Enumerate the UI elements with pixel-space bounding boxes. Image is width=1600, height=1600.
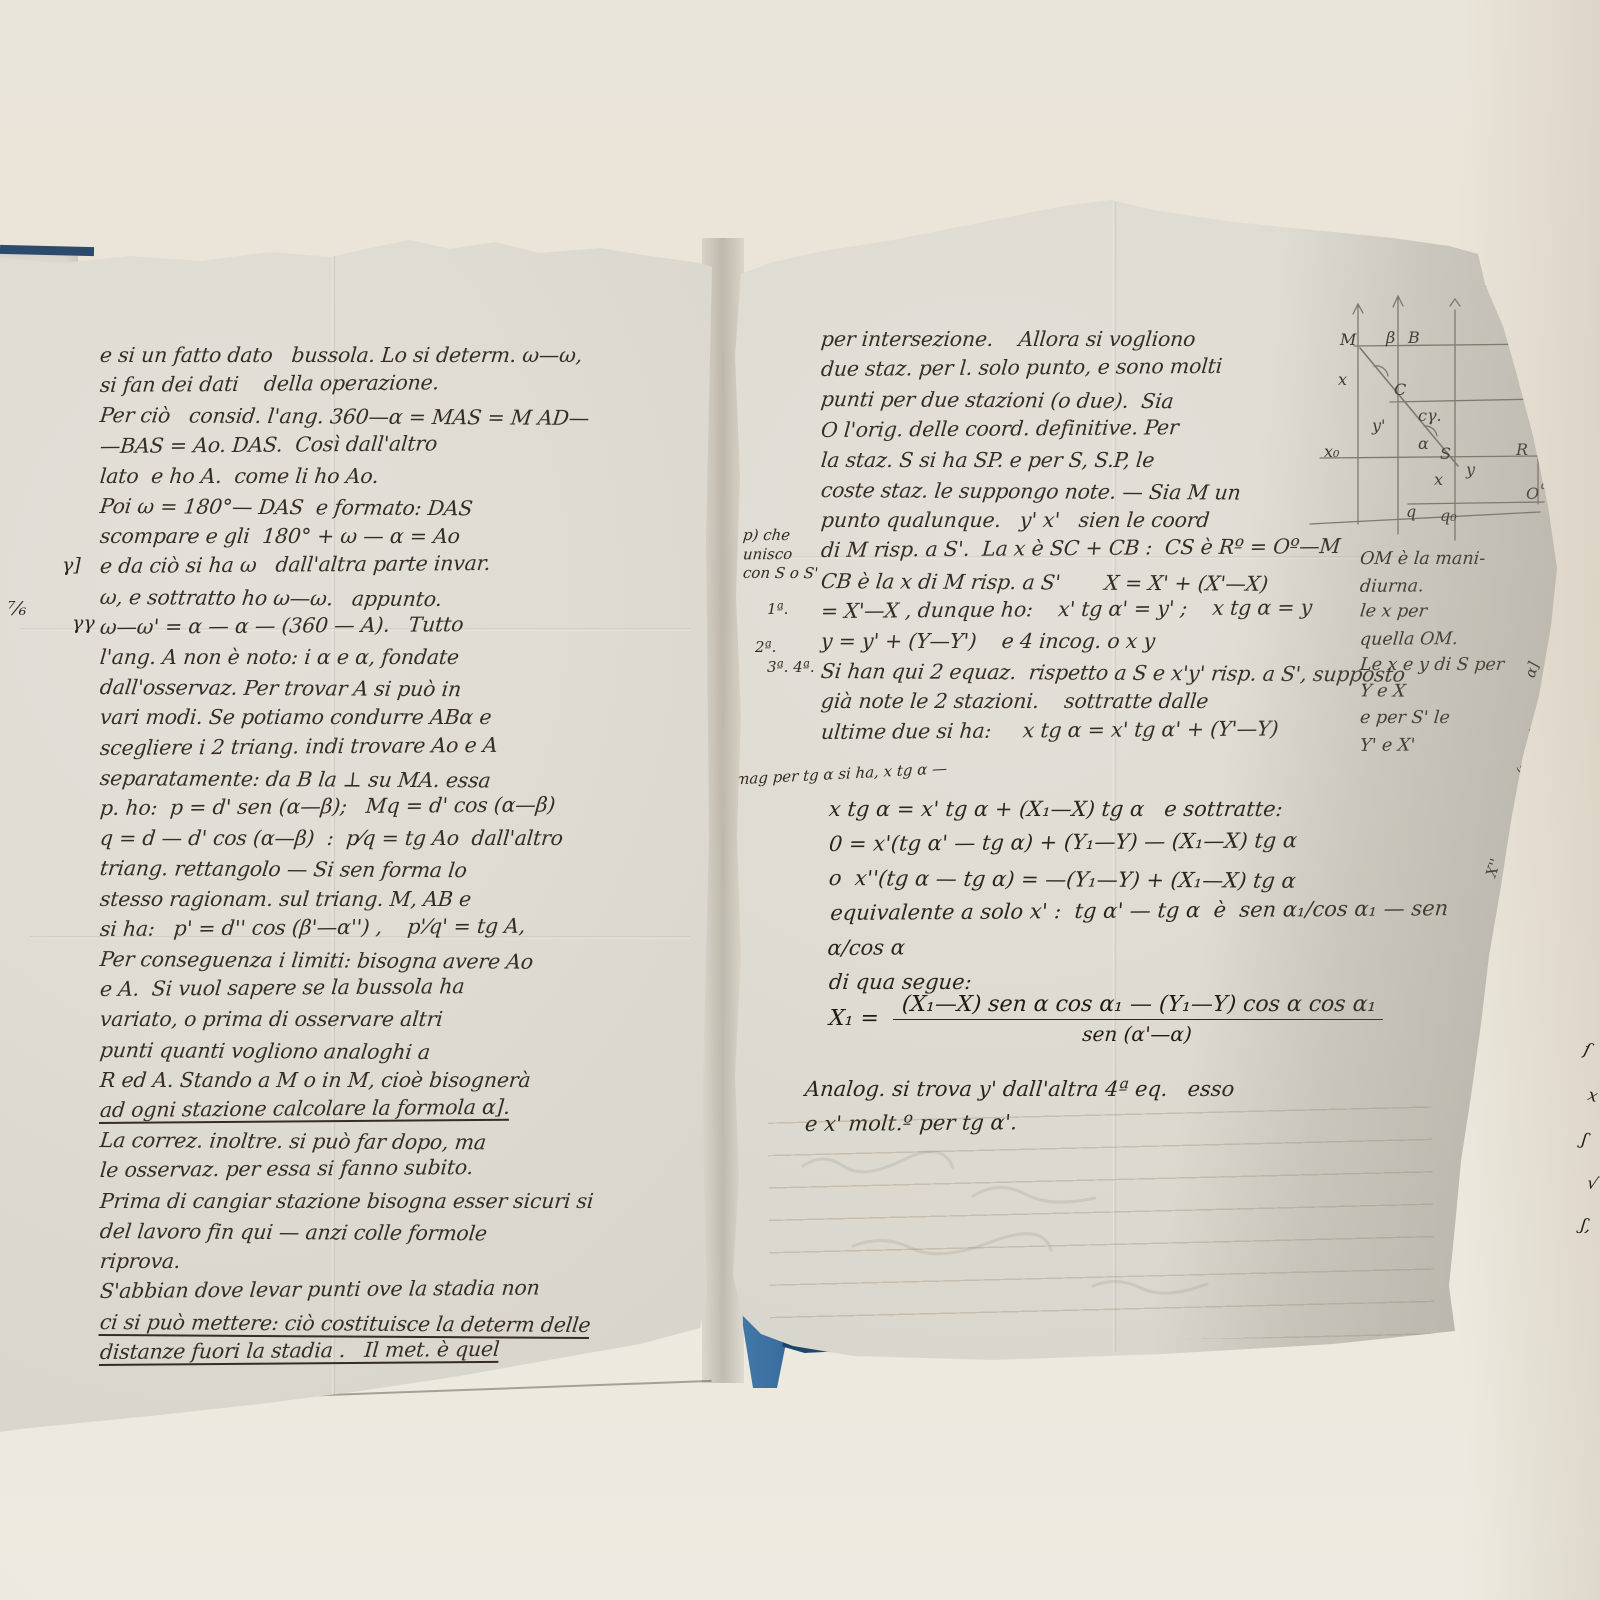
formula-line: 0 = x'(tg α' — tg α) + (Y₁—Y) — (X₁—X) t…: [828, 821, 1491, 861]
sketch-label: O: [1526, 484, 1539, 503]
side-note: mag per tg α si ha, x tg α —: [735, 754, 1056, 789]
formula-line: equivalente a solo x' : tg α' — tg α è s…: [826, 890, 1492, 964]
handwritten-line: lato e ho A. come li ho Ao.: [99, 461, 708, 491]
handwritten-line: e da ciò si ha ω dall'altra parte invar.: [99, 547, 708, 582]
sketch-label: x: [1338, 370, 1347, 389]
margin-mark: γ]: [62, 554, 81, 576]
margin-mark: ⁷⁄₆: [8, 598, 26, 620]
faint-ruled-lines: [768, 1085, 1435, 1344]
sketch-label: M: [1340, 330, 1356, 349]
sketch-label: x: [1434, 470, 1443, 489]
margin-note-line: unisco: [742, 545, 828, 565]
margin-note-line: con S o S': [742, 564, 828, 584]
handwritten-line: Poi ω = 180°— DAS e formato: DAS: [98, 491, 707, 525]
sketch-label: B: [1408, 328, 1420, 347]
handwritten-line: q = d — d' cos (α—β) : p⁄q = tg Ao dall'…: [99, 823, 708, 853]
fraction-numerator: (X₁—X) sen α cos α₁ — (Y₁—Y) cos α cos α…: [893, 992, 1385, 1020]
handwritten-line: e A. Si vuol sapere se la bussola ha: [99, 970, 708, 1005]
handwritten-line: scegliere i 2 triang. indi trovare Ao e …: [99, 728, 708, 763]
right-page: per intersezione. Allora si voglionodue …: [733, 196, 1585, 1366]
margin-mark: γγ: [72, 612, 95, 634]
right-page-formulas: x tg α = x' tg α + (X₁—X) tg α e sottrat…: [829, 792, 1489, 999]
handwritten-line: l'ang. A non è noto: i α e α, fondate: [99, 642, 708, 672]
handwritten-line: del lavoro fin qui — anzi colle formole: [98, 1216, 707, 1250]
sketch-label: q: [1406, 502, 1416, 521]
fraction: (X₁—X) sen α cos α₁ — (Y₁—Y) cos α cos α…: [891, 992, 1385, 1046]
manuscript-photo: e si un fatto dato bussola. Lo si determ…: [0, 0, 1600, 1600]
equation-number: 1ª.: [767, 600, 788, 618]
handwritten-line: p. ho: p = d' sen (α—β); Mq = d' cos (α—…: [99, 788, 708, 823]
sketch-label: C: [1394, 380, 1406, 399]
handwritten-line: ω—ω' = α — α — (360 — A). Tutto: [99, 607, 708, 642]
handwritten-line: —BAS = Ao. DAS. Così dall'altro: [99, 426, 708, 461]
sketch-label: cγ.: [1418, 406, 1442, 425]
handwritten-line: Prima di cangiar stazione bisogna esser …: [99, 1186, 708, 1216]
margin-note-line: p) che: [742, 526, 828, 545]
handwritten-line: ad ogni stazione calcolare la formola α]…: [99, 1090, 708, 1125]
sketch-label: α: [1418, 434, 1429, 453]
equation-number: 2ª.: [755, 638, 776, 656]
left-page-text: e si un fatto dato bussola. Lo si determ…: [100, 340, 706, 1367]
handwritten-line: si fan dei dati della operazione.: [99, 365, 708, 400]
handwritten-line: punti quanti vogliono analoghi a: [98, 1035, 707, 1069]
formula-line: x tg α = x' tg α + (X₁—X) tg α e sottrat…: [827, 792, 1490, 827]
left-margin-note: p) cheuniscocon S o S': [743, 526, 827, 583]
handwritten-line: si ha: p' = d'' cos (β'—α'') , p'⁄q' = t…: [99, 909, 708, 944]
handwritten-line: distanze fuori la stadia . Il met. è que…: [99, 1332, 708, 1367]
main-fraction-formula: X₁ =(X₁—X) sen α cos α₁ — (Y₁—Y) cos α c…: [827, 992, 1385, 1046]
sketch-label: β: [1386, 328, 1395, 347]
margin-note-line: le x per: [1359, 598, 1582, 626]
handwritten-line: variato, o prima di osservare altri: [99, 1004, 708, 1034]
sketch-label: R: [1516, 440, 1528, 459]
equation-number: 3ª. 4ª.: [767, 658, 815, 676]
sketch-label: y: [1466, 460, 1475, 479]
sketch-label: S: [1440, 444, 1451, 463]
left-page: e si un fatto dato bussola. Lo si determ…: [0, 236, 712, 1432]
sketch-label: y': [1372, 416, 1385, 435]
fraction-lhs: X₁ =: [828, 1006, 880, 1031]
sketch-label: x₀: [1324, 442, 1339, 461]
fraction-denominator: sen (α'—α): [891, 1020, 1383, 1046]
handwritten-line: le osservaz. per essa si fanno subito.: [99, 1151, 708, 1186]
handwritten-line: S'abbian dove levar punti ove la stadia …: [99, 1272, 708, 1307]
handwritten-line: triang. rettangolo — Si sen forma lo: [98, 853, 707, 887]
sketch-label: q₀: [1440, 506, 1457, 525]
